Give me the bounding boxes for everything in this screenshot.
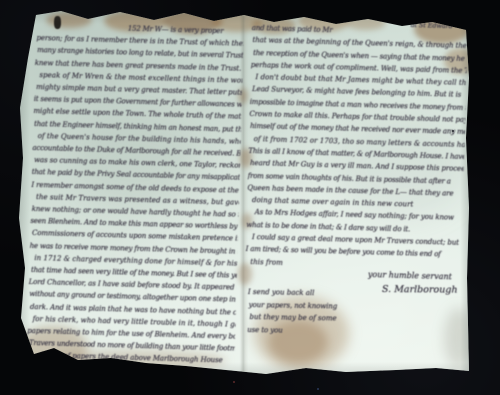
dust-speck: [233, 381, 235, 383]
photo-background: 9th June 17—at St Edward — 152 Mr W— is …: [0, 0, 500, 395]
signature: S. Marlborough: [382, 284, 458, 296]
stain: [444, 308, 474, 368]
handwritten-line: use to you: [247, 324, 367, 339]
letter-closing: your humble servant: [368, 270, 452, 281]
handwritten-line: 9th June 17—: [410, 12, 480, 23]
dust-speck: [317, 388, 319, 390]
letter-page-left: 152 Mr W— is a very properperson; for as…: [26, 20, 243, 367]
dust-speck: [452, 130, 454, 132]
letter-page-right: and that was paid to Mrthat was at the b…: [245, 22, 468, 274]
letter-paper: 9th June 17—at St Edward — 152 Mr W— is …: [16, 8, 472, 376]
letter-postscript: I send you back allyour papers, not know…: [247, 286, 368, 338]
